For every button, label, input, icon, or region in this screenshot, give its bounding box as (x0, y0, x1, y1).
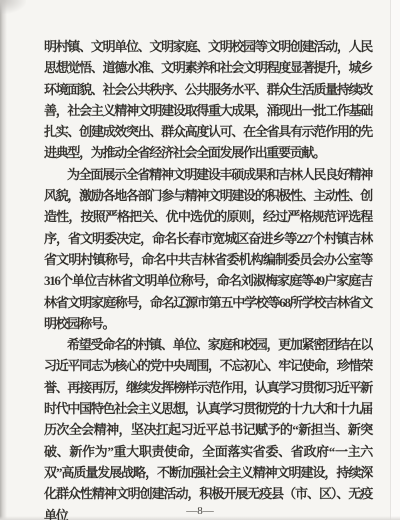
body-paragraph: 为全面展示全省精神文明建设丰硕成果和吉林人民良好精神风貌，激励各地各部门参与精神… (44, 164, 372, 334)
body-paragraph: 明村镇、文明单位、文明家庭、文明校园等文明创建活动，人民思想觉悟、道德水准、文明… (44, 36, 372, 164)
scan-shadow-right (390, 0, 400, 520)
document-body: 明村镇、文明单位、文明家庭、文明校园等文明创建活动，人民思想觉悟、道德水准、文明… (44, 36, 372, 520)
document-page: 明村镇、文明单位、文明家庭、文明校园等文明创建活动，人民思想觉悟、道德水准、文明… (0, 0, 400, 520)
page-number: —8— (0, 505, 400, 517)
scan-shadow-left (0, 0, 7, 520)
scan-shadow-corner (0, 0, 26, 14)
body-paragraph: 希望受命名的村镇、单位、家庭和校园，更加紧密团结在以习近平同志为核心的党中央周围… (44, 334, 372, 520)
